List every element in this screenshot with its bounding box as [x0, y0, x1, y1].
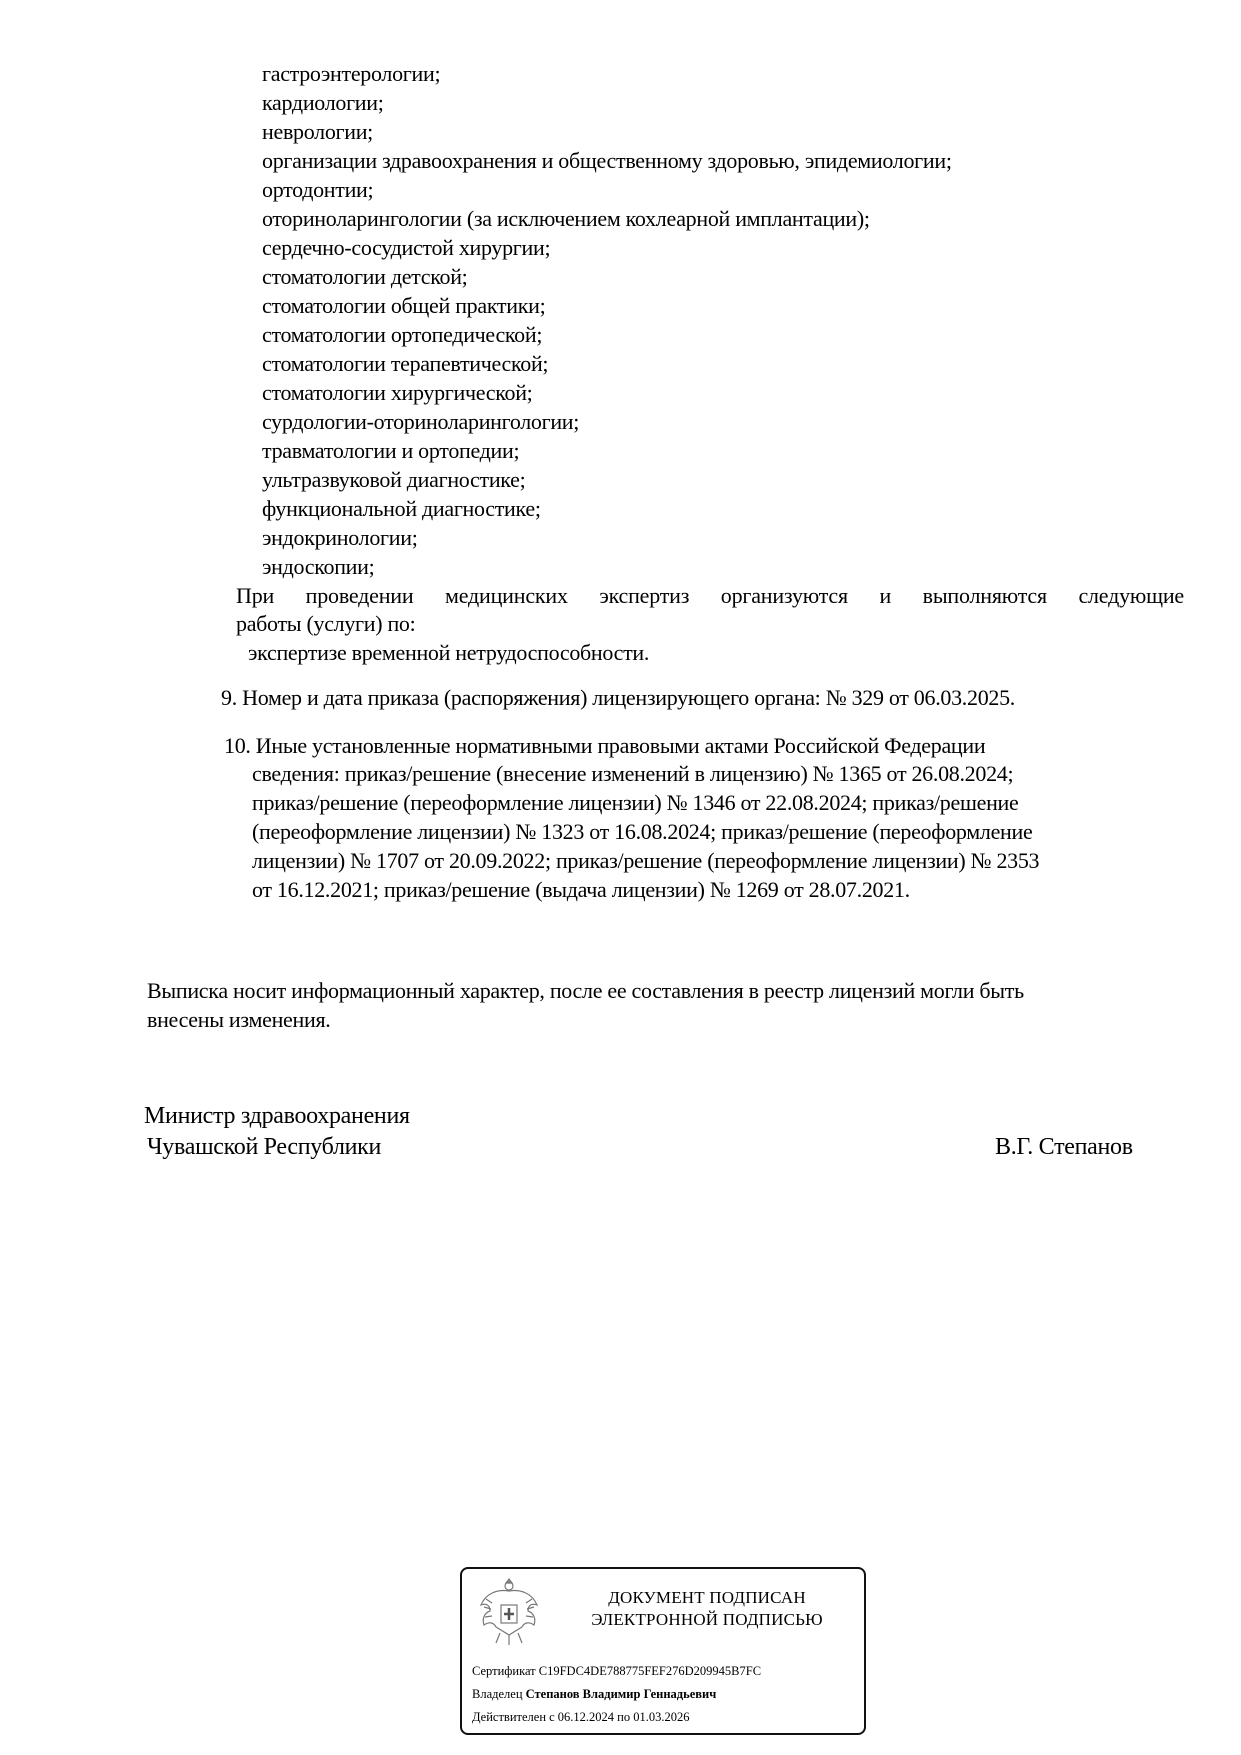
validity-line: Действителен с 06.12.2024 по 01.03.2026	[472, 1710, 690, 1725]
list-item: гастроэнтерологии;	[262, 61, 440, 87]
list-item: стоматологии детской;	[262, 264, 467, 290]
list-item: оториноларингологии (за исключением кохл…	[262, 206, 870, 232]
signatory-region: Чувашской Республики	[147, 1134, 381, 1161]
owner-label: Владелец	[472, 1687, 523, 1701]
coat-of-arms-icon	[476, 1575, 542, 1649]
expertise-item: экспертизе временной нетрудоспособности.	[248, 640, 649, 666]
item-10-line: сведения: приказ/решение (внесение измен…	[252, 761, 1013, 787]
electronic-signature-stamp: ДОКУМЕНТ ПОДПИСАН ЭЛЕКТРОННОЙ ПОДПИСЬЮ С…	[460, 1567, 866, 1735]
list-item: ортодонтии;	[262, 177, 373, 203]
list-item: сурдологии-оториноларингологии;	[262, 409, 579, 435]
list-item: стоматологии хирургической;	[262, 380, 533, 406]
item-10-line: от 16.12.2021; приказ/решение (выдача ли…	[252, 877, 910, 903]
signature-title-line: ДОКУМЕНТ ПОДПИСАН	[562, 1587, 852, 1609]
expertise-intro: При проведении медицинских экспертиз орг…	[236, 583, 1184, 609]
owner-value: Степанов Владимир Геннадьевич	[526, 1687, 717, 1701]
signature-title: ДОКУМЕНТ ПОДПИСАН ЭЛЕКТРОННОЙ ПОДПИСЬЮ	[562, 1587, 852, 1631]
list-item: стоматологии ортопедической;	[262, 322, 542, 348]
list-item: эндокринологии;	[262, 525, 418, 551]
expertise-intro-continued: работы (услуги) по:	[236, 611, 415, 637]
list-item: ультразвуковой диагностике;	[262, 467, 525, 493]
list-item: травматологии и ортопедии;	[262, 438, 519, 464]
list-item: функциональной диагностике;	[262, 496, 541, 522]
list-item: кардиологии;	[262, 90, 384, 116]
item-10-line: приказ/решение (переоформление лицензии)…	[252, 790, 1018, 816]
signature-title-line: ЭЛЕКТРОННОЙ ПОДПИСЬЮ	[562, 1609, 852, 1631]
signatory-name: В.Г. Степанов	[995, 1134, 1133, 1161]
item-10-line: 10. Иные установленные нормативными прав…	[224, 733, 985, 759]
list-item: стоматологии общей практики;	[262, 293, 545, 319]
disclaimer-text: Выписка носит информационный характер, п…	[147, 978, 1024, 1004]
certificate-value: C19FDC4DE788775FEF276D209945B7FC	[539, 1664, 761, 1678]
list-item: сердечно-сосудистой хирургии;	[262, 235, 550, 261]
item-9-order-number: 9. Номер и дата приказа (распоряжения) л…	[221, 685, 1015, 711]
list-item: неврологии;	[262, 119, 373, 145]
list-item: эндоскопии;	[262, 554, 374, 580]
certificate-line: Сертификат C19FDC4DE788775FEF276D209945B…	[472, 1664, 761, 1679]
item-10-line: (переоформление лицензии) № 1323 от 16.0…	[252, 819, 1032, 845]
item-10-line: лицензии) № 1707 от 20.09.2022; приказ/р…	[252, 848, 1039, 874]
owner-line: Владелец Степанов Владимир Геннадьевич	[472, 1687, 716, 1702]
disclaimer-text-continued: внесены изменения.	[147, 1007, 330, 1033]
list-item: стоматологии терапевтической;	[262, 351, 548, 377]
signatory-title: Министр здравоохранения	[144, 1103, 410, 1130]
list-item: организации здравоохранения и общественн…	[262, 148, 952, 174]
certificate-label: Сертификат	[472, 1664, 536, 1678]
